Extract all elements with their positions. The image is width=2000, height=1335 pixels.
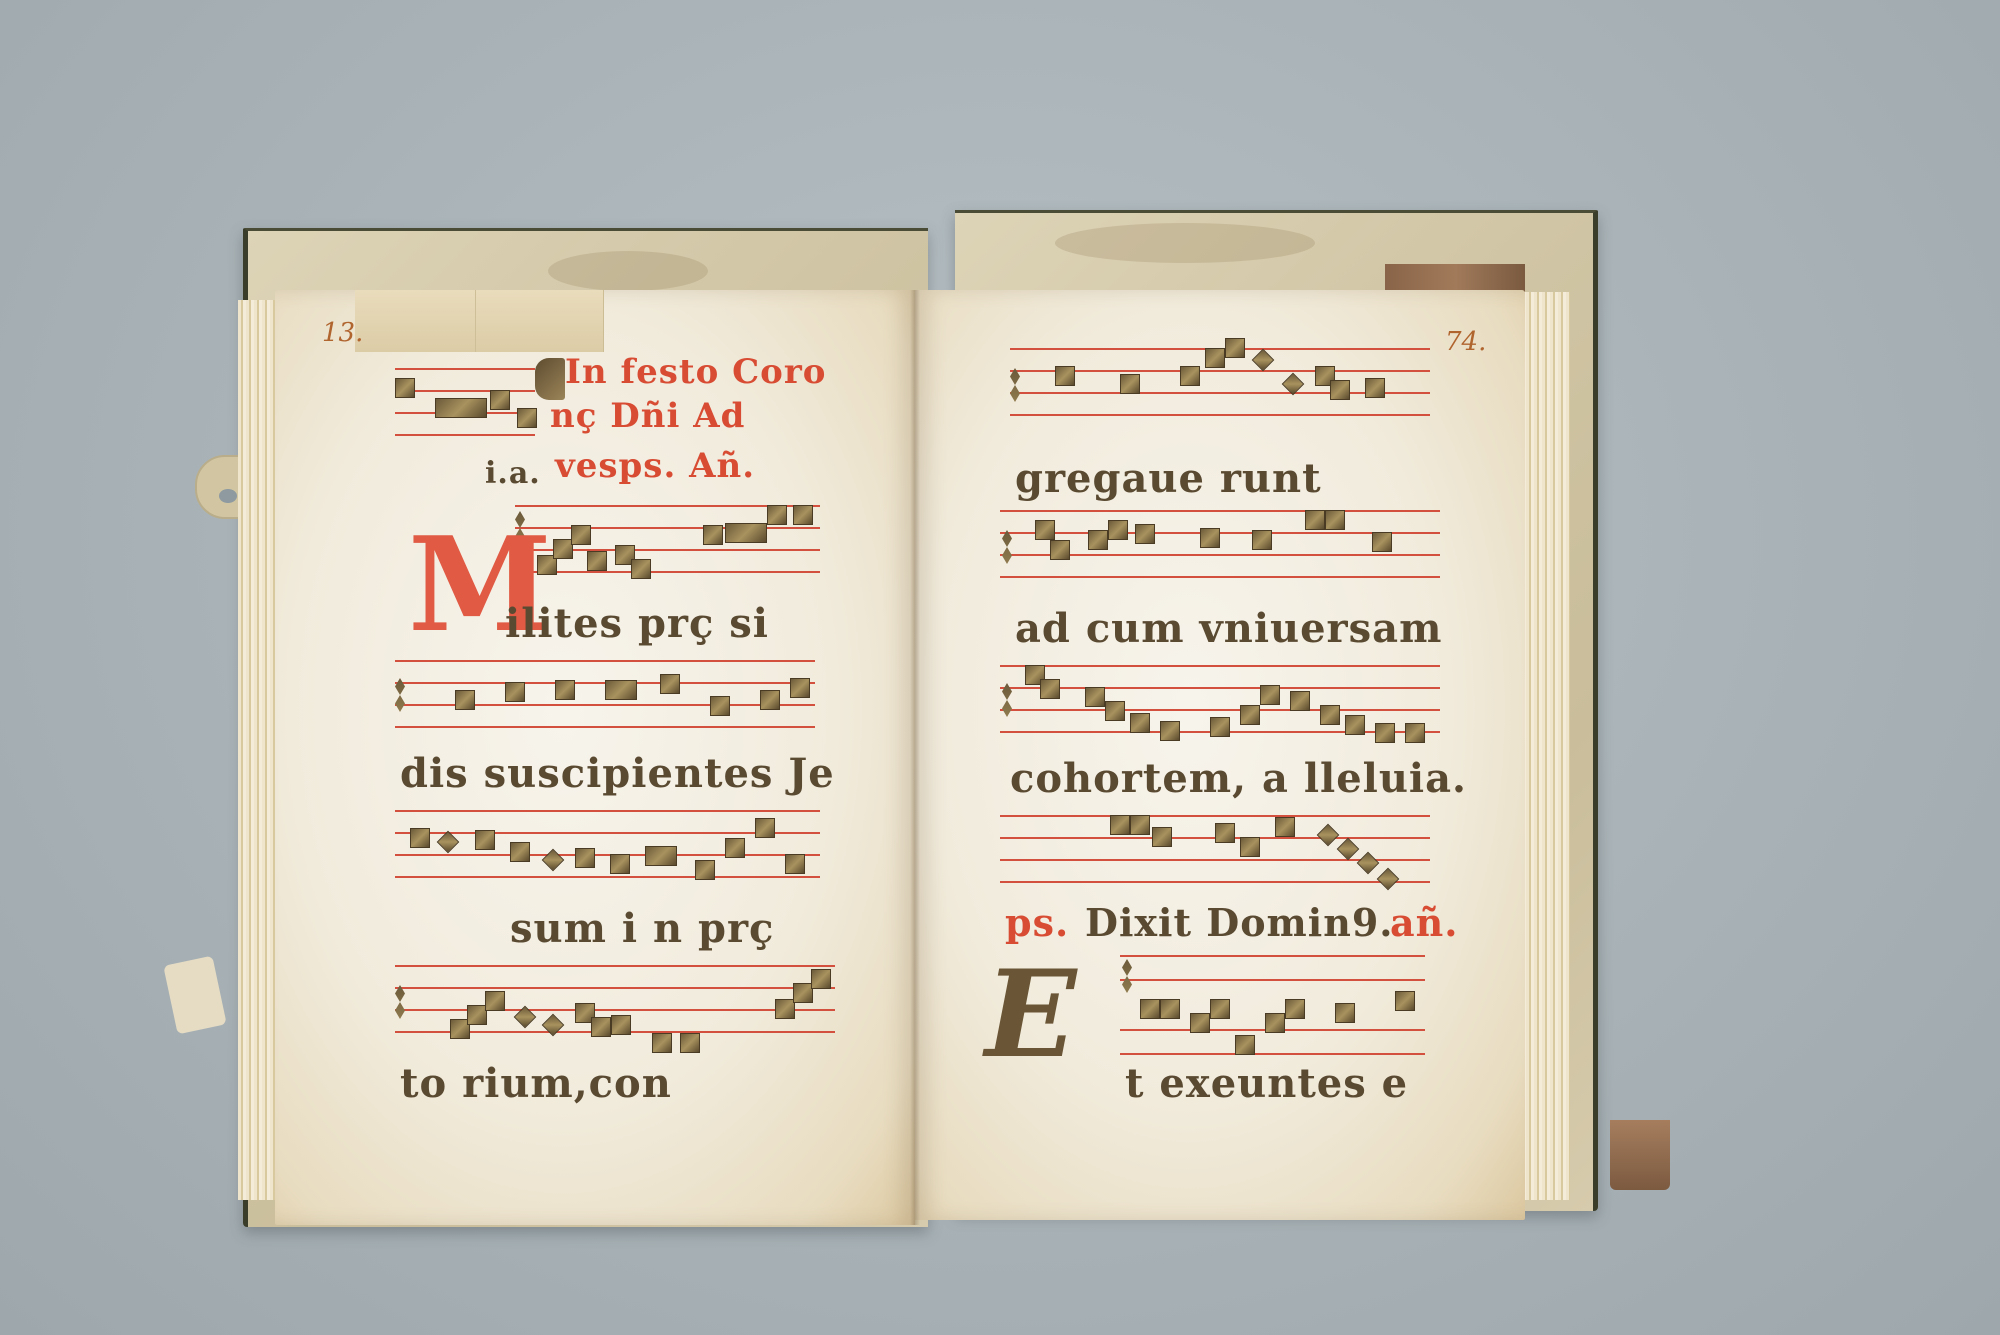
exposed-wood-board-corner (1610, 1120, 1670, 1190)
rubric-line-1: In festo Coro (565, 352, 826, 392)
psalm-rubric: ps. (1005, 900, 1069, 945)
torn-vellum-scrap (163, 956, 226, 1035)
music-staff (515, 505, 820, 585)
right-page-edges (1518, 292, 1570, 1200)
historiated-initial-c (535, 358, 565, 400)
antiphon-rubric: añ. (1390, 900, 1458, 945)
music-staff (395, 368, 535, 468)
folio-number-right: 74. (1445, 327, 1486, 357)
psalm-incipit: Dixit Domin9. (1085, 900, 1394, 945)
music-staff (395, 810, 820, 890)
left-page-edges (238, 300, 278, 1200)
music-staff (1120, 955, 1425, 1055)
text-line: cohortem, a lleluia. (1010, 755, 1467, 802)
text-line: gregaue runt (1015, 455, 1322, 502)
rubric-line-2: nç Dñi Ad (550, 396, 745, 436)
rubric-line-3: vesps. Añ. (555, 446, 755, 486)
text-line: ilites prç si (505, 600, 769, 647)
parchment-repair-patch (355, 290, 604, 352)
small-initial-text: i.a. (485, 456, 541, 491)
folio-number-left: 13. (322, 318, 363, 348)
text-line: sum i n prç (510, 905, 774, 952)
text-line: dis suscipientes Je (400, 750, 835, 797)
music-staff (1010, 348, 1430, 428)
text-line: ad cum vniuersam (1015, 605, 1442, 652)
text-line: t exeuntes e (1125, 1060, 1408, 1107)
calligraphic-initial-e: E (985, 955, 1076, 1075)
music-staff (1000, 665, 1440, 745)
music-staff (1000, 815, 1430, 895)
text-line: to rium,con (400, 1060, 672, 1107)
music-staff (395, 965, 835, 1045)
music-staff (1000, 510, 1440, 590)
music-staff (395, 660, 815, 740)
book-gutter (910, 290, 920, 1225)
